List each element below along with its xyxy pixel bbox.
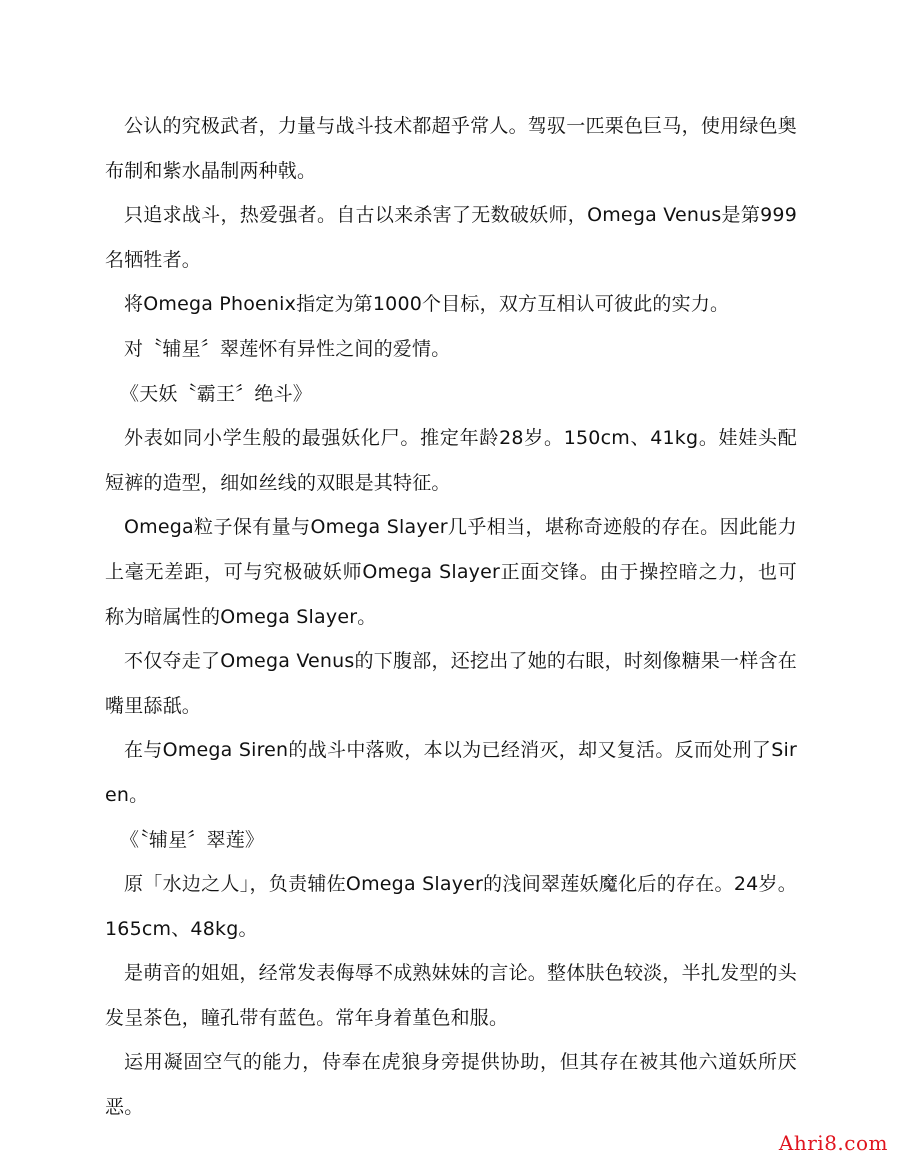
paragraph-omega-particles: Omega粒子保有量与Omega Slayer几乎相当，堪称奇迹般的存在。因此能… xyxy=(105,505,797,639)
paragraph-fighting-history: 只追求战斗，热爱强者。自古以来杀害了无数破妖师，Omega Venus是第999… xyxy=(105,193,797,282)
paragraph-love-interest: 对〝辅星〞翠莲怀有异性之间的爱情。 xyxy=(105,327,797,372)
paragraph-suiren-personality: 是萌音的姐姐，经常发表侮辱不成熟妹妹的言论。整体肤色较淡，半扎发型的头发呈茶色，… xyxy=(105,951,797,1040)
section-heading-suiren: 《〝辅星〞翠莲》 xyxy=(105,818,797,863)
watermark-text: Ahri8.com xyxy=(779,1131,888,1155)
paragraph-appearance: 外表如同小学生般的最强妖化尸。推定年龄28岁。150cm、41kg。娃娃头配短裤… xyxy=(105,416,797,505)
paragraph-venus-attack: 不仅夺走了Omega Venus的下腹部，还挖出了她的右眼，时刻像糖果一样含在嘴… xyxy=(105,639,797,728)
paragraph-siren-battle: 在与Omega Siren的战斗中落败，本以为已经消灭，却又复活。反而处刑了Si… xyxy=(105,728,797,817)
paragraph-target-phoenix: 将Omega Phoenix指定为第1000个目标，双方互相认可彼此的实力。 xyxy=(105,282,797,327)
paragraph-suiren-ability: 运用凝固空气的能力，侍奉在虎狼身旁提供协助，但其存在被其他六道妖所厌恶。 xyxy=(105,1040,797,1129)
section-heading-zetto: 《天妖〝霸王〞绝斗》 xyxy=(105,372,797,417)
document-body: 公认的究极武者，力量与战斗技术都超乎常人。驾驭一匹栗色巨马，使用绿色奥布制和紫水… xyxy=(105,104,797,1130)
paragraph-weapon-description: 公认的究极武者，力量与战斗技术都超乎常人。驾驭一匹栗色巨马，使用绿色奥布制和紫水… xyxy=(105,104,797,193)
paragraph-suiren-origin: 原「水边之人」，负责辅佐Omega Slayer的浅间翠莲妖魔化后的存在。24岁… xyxy=(105,862,797,951)
